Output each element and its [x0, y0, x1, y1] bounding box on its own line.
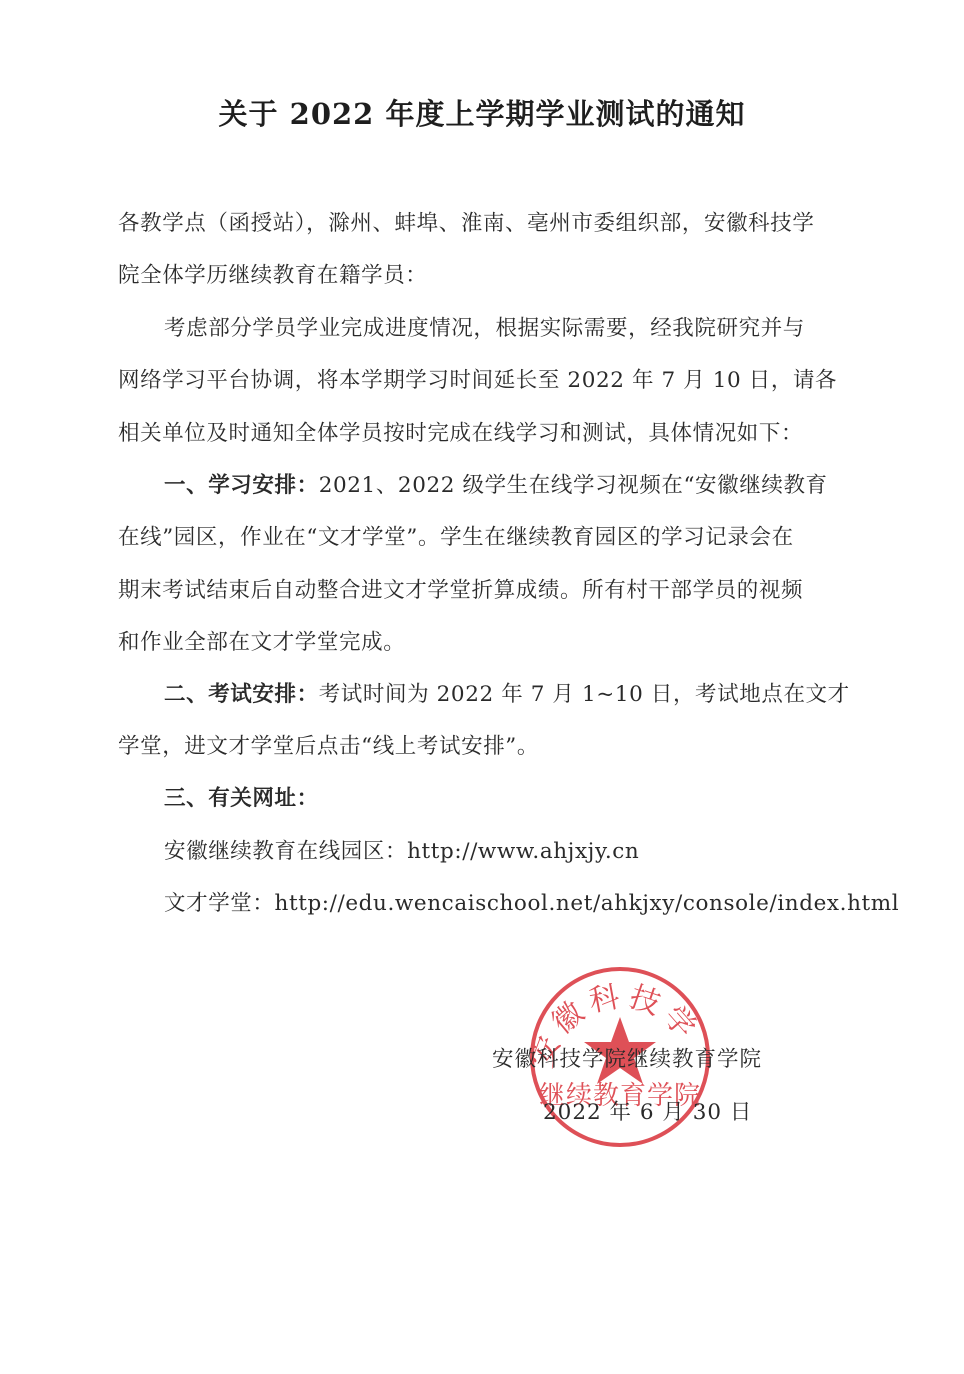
link-label: 安徽继续教育在线园区：	[164, 839, 407, 864]
link-item-ahjxjy: 安徽继续教育在线园区：http://www.ahjxjy.cn	[164, 834, 639, 865]
intro-line-3: 相关单位及时通知全体学员按时完成在线学习和测试，具体情况如下：	[118, 416, 803, 447]
link-url[interactable]: http://www.ahjxjy.cn	[407, 839, 639, 864]
section1-line-2: 在线”园区，作业在“文才学堂”。学生在继续教育园区的学习记录会在	[118, 520, 794, 551]
intro-line-1: 考虑部分学员学业完成进度情况，根据实际需要，经我院研究并与	[164, 311, 805, 342]
section1-text: 2021、2022 级学生在线学习视频在“安徽继续教育	[319, 473, 828, 498]
document-title: 关于 2022 年度上学期学业测试的通知	[0, 92, 964, 133]
link-url[interactable]: http://edu.wencaischool.net/ahkjxy/conso…	[275, 891, 900, 916]
section3-heading: 三、有关网址：	[164, 781, 319, 812]
section2-line-1: 二、考试安排：考试时间为 2022 年 7 月 1~10 日，考试地点在文才	[164, 677, 850, 708]
signature-date: 2022 年 6 月 30 日	[543, 1095, 752, 1126]
section2-line-2: 学堂，进文才学堂后点击“线上考试安排”。	[118, 729, 539, 760]
salutation-line-1: 各教学点（函授站），滁州、蚌埠、淮南、亳州市委组织部，安徽科技学	[118, 206, 814, 237]
section2-heading: 二、考试安排：	[164, 682, 319, 707]
section1-line-4: 和作业全部在文才学堂完成。	[118, 625, 405, 656]
link-item-wencai: 文才学堂：http://edu.wencaischool.net/ahkjxy/…	[164, 886, 899, 917]
section2-text: 考试时间为 2022 年 7 月 1~10 日，考试地点在文才	[319, 682, 850, 707]
section1-heading: 一、学习安排：	[164, 473, 319, 498]
section1-line-1: 一、学习安排：2021、2022 级学生在线学习视频在“安徽继续教育	[164, 468, 828, 499]
link-label: 文才学堂：	[164, 891, 275, 916]
signature-org: 安徽科技学院继续教育学院	[492, 1042, 762, 1073]
salutation-line-2: 院全体学历继续教育在籍学员：	[118, 258, 427, 289]
section1-line-3: 期末考试结束后自动整合进文才学堂折算成绩。所有村干部学员的视频	[118, 573, 803, 604]
intro-line-2: 网络学习平台协调，将本学期学习时间延长至 2022 年 7 月 10 日，请各	[118, 363, 837, 394]
